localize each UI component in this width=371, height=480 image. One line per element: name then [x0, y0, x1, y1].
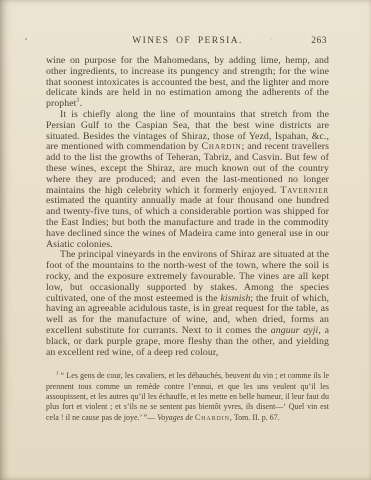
body-paragraph: wine on purpose for the Mahomedans, by a…: [46, 56, 329, 110]
page-body: wine on purpose for the Mahomedans, by a…: [46, 56, 329, 358]
footnote: 1 “ Les gens de cour, les cavaliers, et …: [46, 371, 329, 422]
book-page: WINES OF PERSIA. 263 wine on purpose for…: [0, 0, 371, 480]
page-number: 263: [311, 36, 327, 46]
body-paragraph: It is chiefly along the line of mountain…: [46, 110, 329, 250]
running-header: WINES OF PERSIA. 263: [46, 36, 329, 46]
running-header-title: WINES OF PERSIA.: [132, 36, 242, 46]
body-paragraph: The principal vineyards in the environs …: [46, 250, 329, 358]
